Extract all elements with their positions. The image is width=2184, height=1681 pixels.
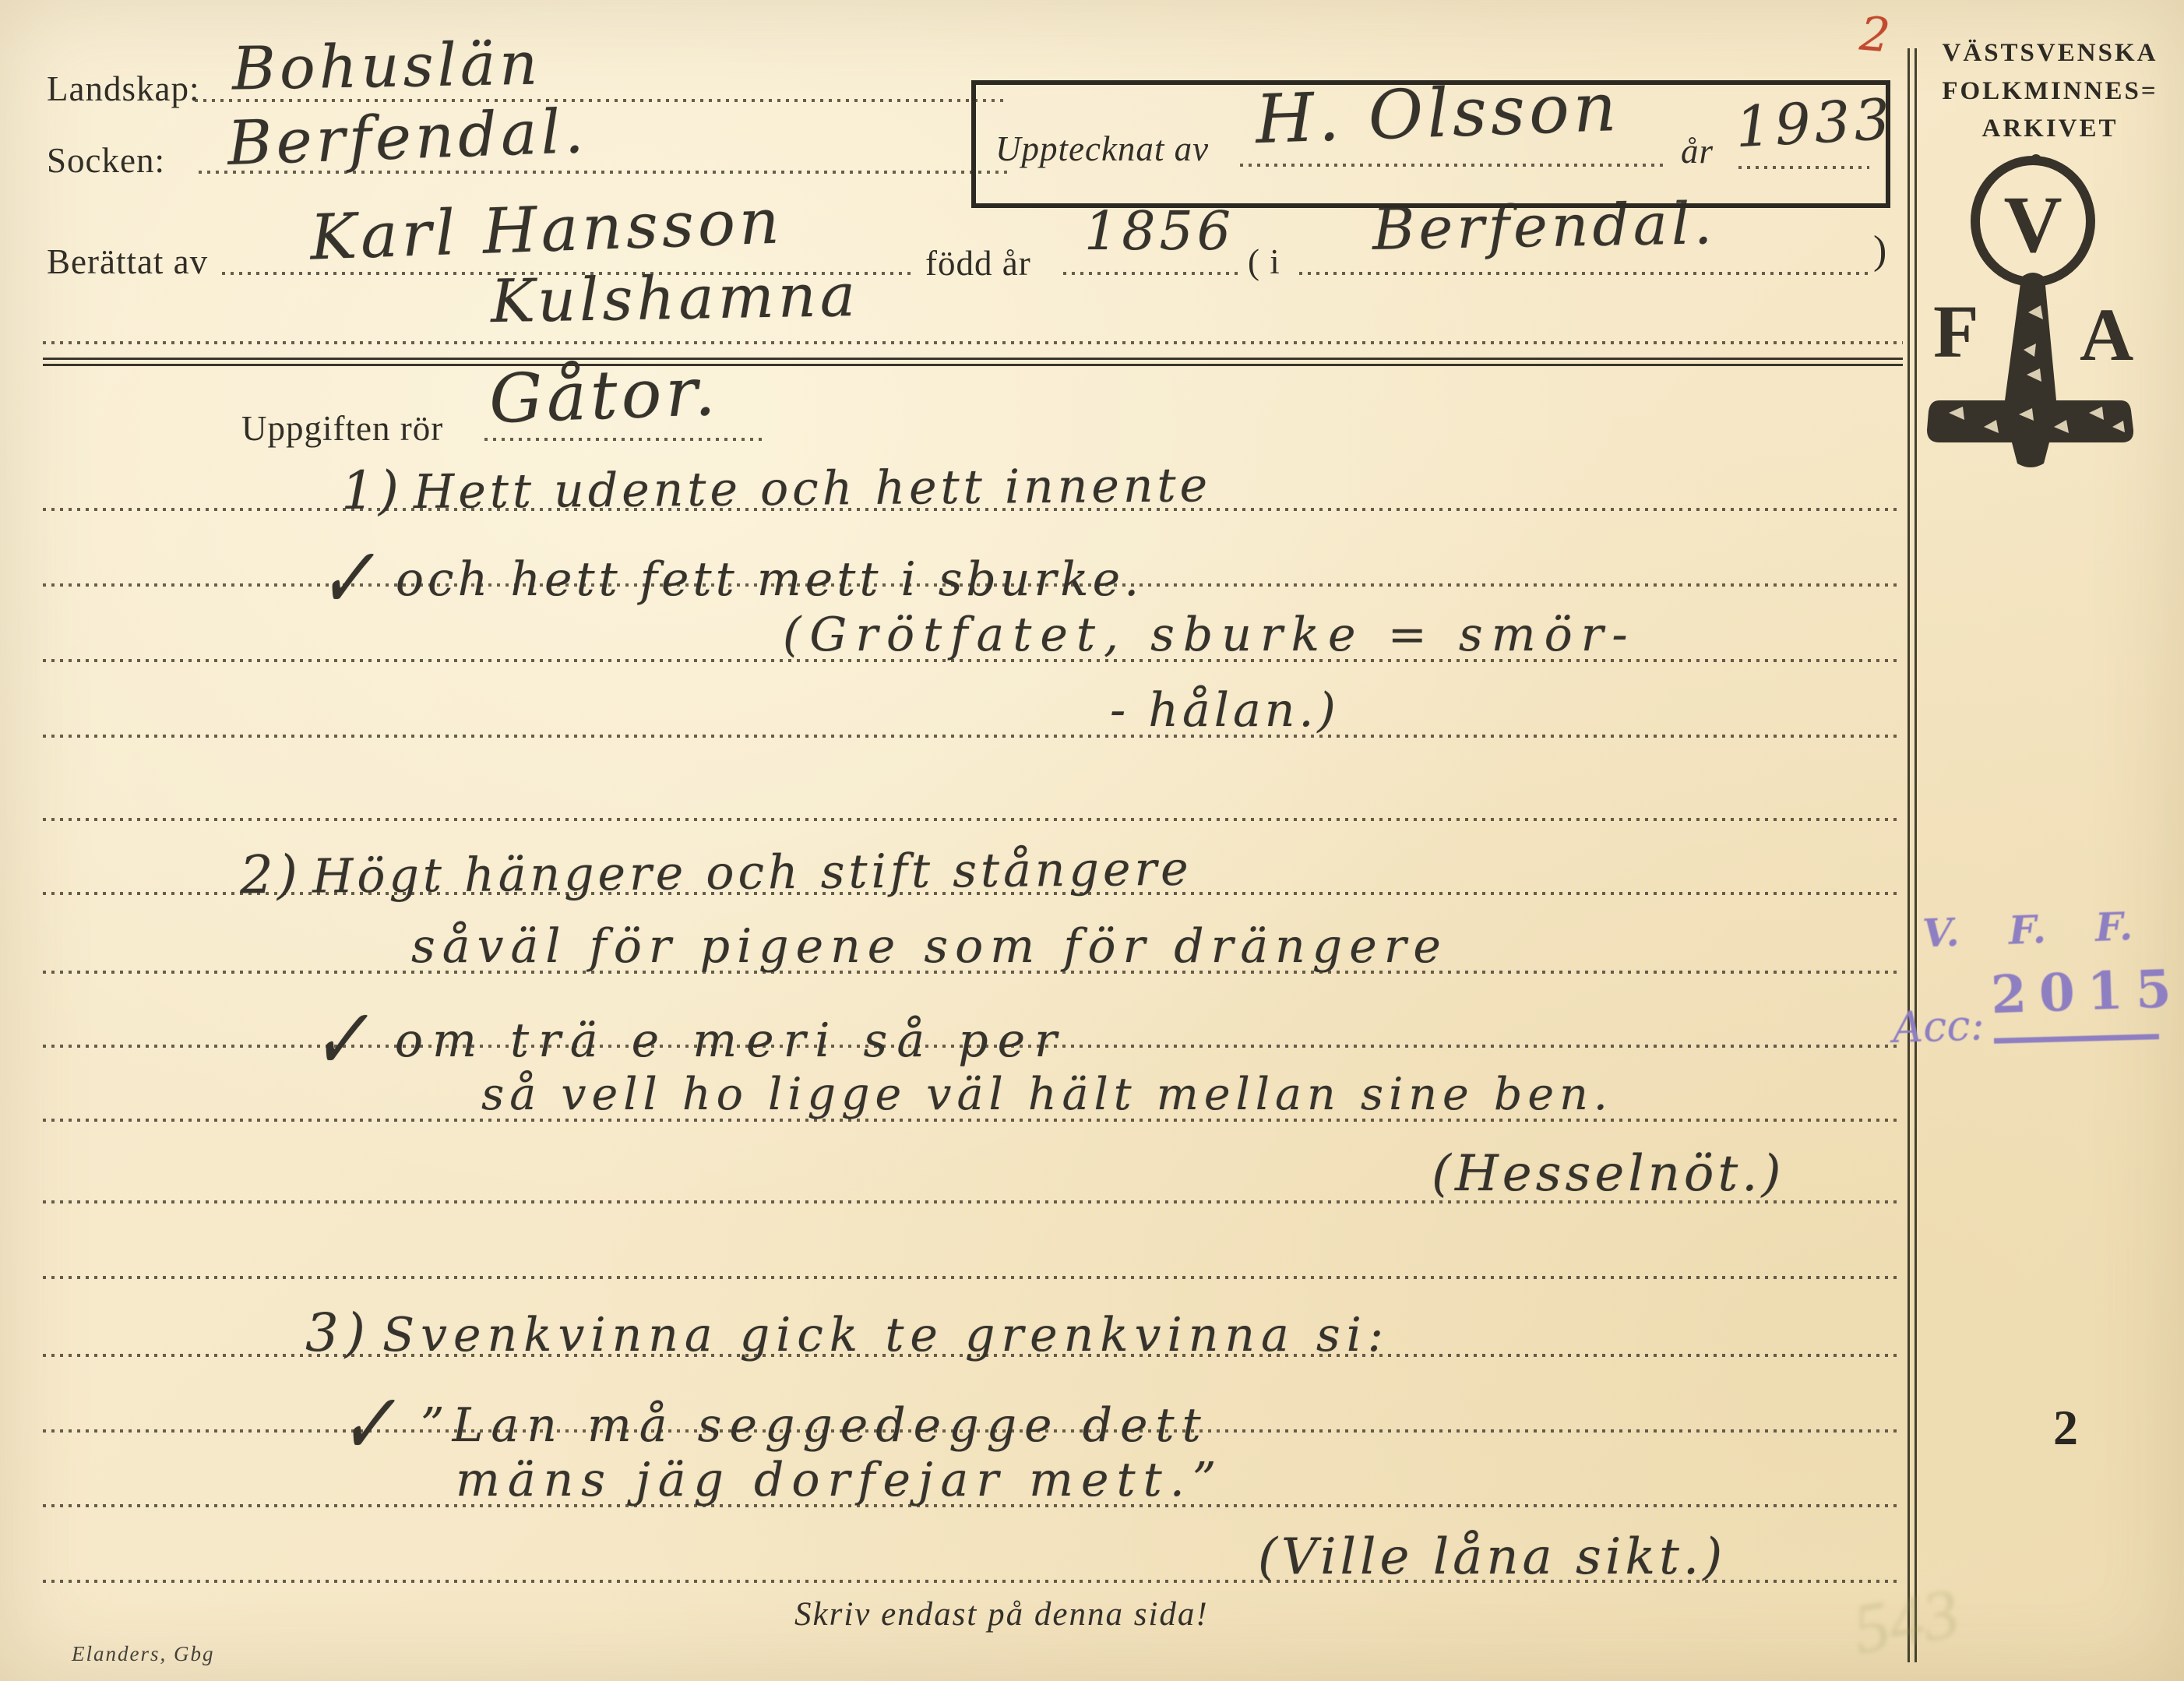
check-mark: ✓ <box>312 989 378 1089</box>
year-dotted-line <box>1738 166 1869 169</box>
accession-underline <box>1994 1034 2159 1044</box>
year-label: år <box>1681 131 1714 171</box>
logo-letter-a: A <box>2080 293 2133 376</box>
check-mark: ✓ <box>318 528 379 628</box>
handwritten-line: 2)Högt hängere och stift stångere <box>240 837 1192 906</box>
column-divider-line <box>1915 48 1917 1662</box>
socken-label: Socken: <box>47 140 165 181</box>
logo-ring-knot <box>2031 154 2041 165</box>
folklore-archive-card: Landskap: Bohuslän Socken: Berfendal. Be… <box>0 0 2184 1681</box>
printer-mark: Elanders, Gbg <box>72 1642 215 1666</box>
recorder-dotted-line <box>1240 164 1667 167</box>
logo-letter-f: F <box>1933 290 1979 373</box>
recorder-name: H. Olsson <box>1254 69 1621 159</box>
hammer-shaft <box>2005 273 2056 400</box>
handwritten-line: - hålan.) <box>1110 683 1340 738</box>
born-year-dotted-line <box>1063 272 1241 275</box>
birthplace-paren-open: ( i <box>1248 241 1280 282</box>
archive-stamp-number: 2015 <box>1990 958 2184 1026</box>
bleed-through-mark: 543 <box>1848 1573 1965 1670</box>
column-divider-line <box>1907 48 1910 1662</box>
handwritten-line: så vell ho ligge väl hält mellan sine be… <box>481 1069 1613 1120</box>
check-mark: ✓ <box>339 1374 403 1474</box>
full-width-dotted-line <box>43 341 1903 344</box>
narrator-place: Kulshamna <box>490 260 859 336</box>
birthplace-dotted-line <box>1299 272 1868 275</box>
socken-value: Berfendal. <box>227 97 589 179</box>
handwritten-line: ✓och hett fett mett i sburke. <box>318 532 1143 611</box>
handwritten-line: (Hesselnöt.) <box>1432 1145 1784 1203</box>
record-year: 1933 <box>1734 86 1895 160</box>
ruled-dotted-line <box>43 818 1900 821</box>
landskap-label: Landskap: <box>47 69 199 109</box>
narrator-label: Berättat av <box>47 241 208 282</box>
handwritten-line: såväl för pigene som för drängere <box>411 919 1448 974</box>
narrator-name: Karl Hansson <box>309 185 784 273</box>
double-rule-bottom <box>43 364 1903 366</box>
handwritten-line: 3)Svenkvinna gick te grenkvinna si: <box>305 1302 1390 1363</box>
birthplace-paren-close: ) <box>1873 227 1887 273</box>
ruled-dotted-line <box>43 735 1900 738</box>
subject-dotted-line <box>484 438 763 441</box>
archive-stamp-org: V. F. F. <box>1922 903 2133 956</box>
riddle-number: 1) <box>341 460 403 521</box>
archive-name-line1: VÄSTSVENSKA <box>1916 39 2184 68</box>
accession-label: Acc: <box>1892 1000 1985 1052</box>
handwritten-line: 1)Hett udente och hett innente <box>341 453 1212 521</box>
double-rule-top <box>43 358 1903 360</box>
handwritten-line: (Grötfatet, sburke = smör- <box>783 608 1636 662</box>
riddle-number: 3) <box>305 1302 372 1363</box>
handwritten-line: ✓”Lan må seggedegge dett <box>339 1378 1209 1457</box>
handwritten-line: (Ville låna sikt.) <box>1258 1528 1726 1586</box>
handwritten-line: ✓om trä e meri så per <box>312 993 1066 1073</box>
subject-label: Uppgiften rör <box>241 408 443 449</box>
page-number: 2 <box>2053 1399 2078 1457</box>
hammer-knob <box>2012 442 2049 467</box>
born-year-label: född år <box>925 243 1031 284</box>
archive-name-line2: FOLKMINNES= <box>1916 77 2184 106</box>
red-page-annotation: 2 <box>1858 6 1892 63</box>
ruled-dotted-line <box>43 1276 1900 1279</box>
logo-letter-v: V <box>2003 180 2062 270</box>
footer-instruction: Skriv endast på denna sida! <box>794 1595 1209 1633</box>
riddle-number: 2) <box>240 844 302 906</box>
subject-value: Gåtor. <box>488 353 720 439</box>
thors-hammer-logo: V F A <box>1918 153 2151 478</box>
archive-name-line3: ARKIVET <box>1916 115 2184 143</box>
birth-year-value: 1856 <box>1084 201 1235 263</box>
landskap-value: Bohuslän <box>231 29 542 104</box>
hammer-head <box>1927 400 2133 442</box>
handwritten-line: mäns jäg dorfejar mett.” <box>456 1453 1224 1507</box>
recorded-by-label: Upptecknat av <box>995 129 1209 169</box>
